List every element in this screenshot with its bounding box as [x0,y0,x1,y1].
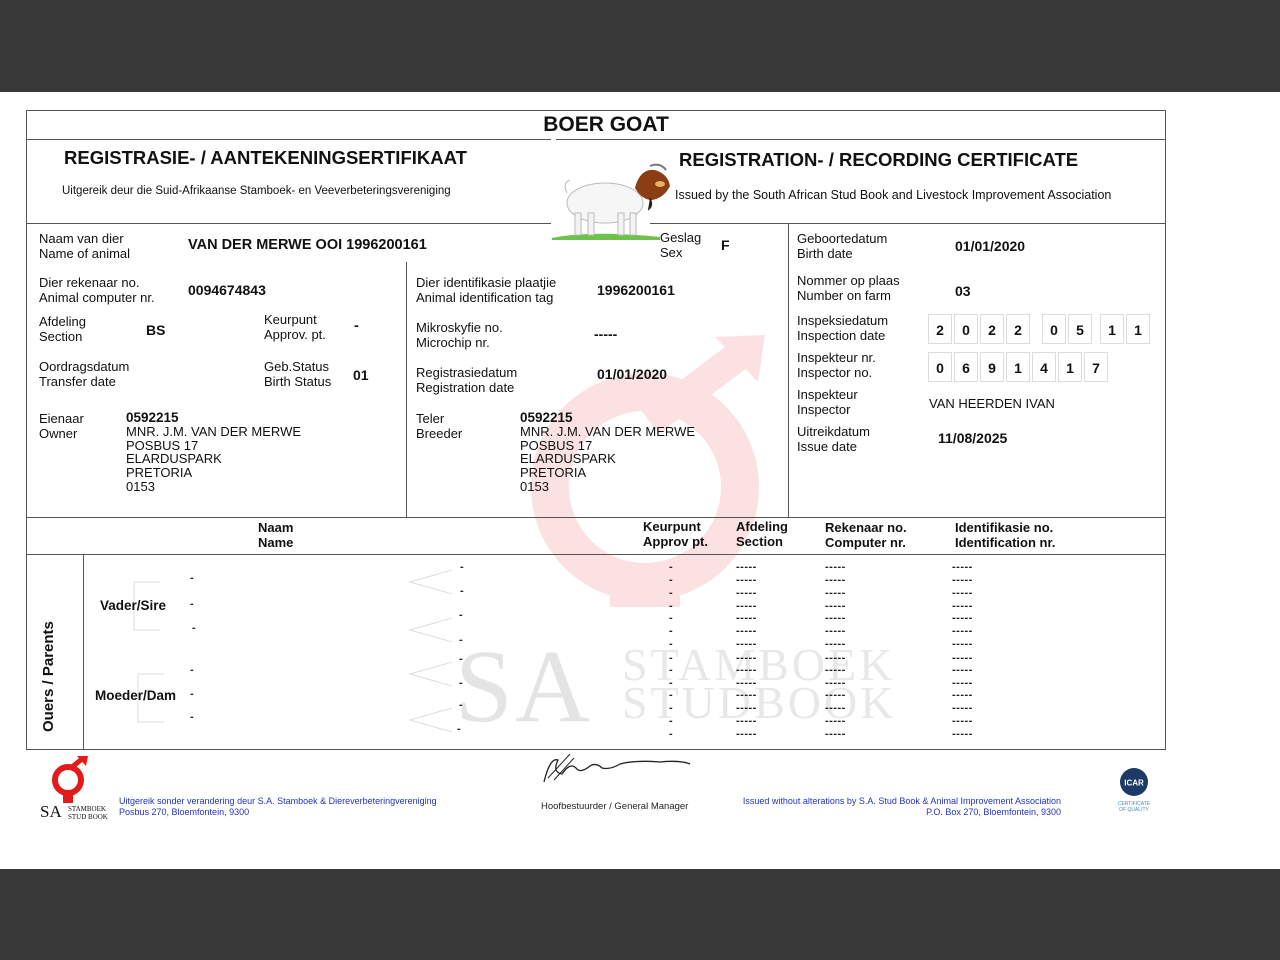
digit-box: 1 [1100,314,1124,344]
id-tag-value: 1996200161 [597,282,675,298]
digit-box: 2 [980,314,1004,344]
registration-date-value: 01/01/2020 [597,366,667,382]
icar-badge-icon: ICAR [1119,767,1149,797]
logo-sa-text: SA [40,802,62,822]
inspector-no-boxes: 0 6 9 1 4 1 7 [928,352,1110,382]
header-section: AfdelingSection [736,519,788,549]
pedigree-cell-section: ----- [736,600,757,612]
pedigree-cell-ident: ----- [952,652,973,664]
pedigree-cell-ident: ----- [952,625,973,637]
digit-box: 4 [1032,352,1056,382]
pedigree-cell-computer: ----- [825,728,846,740]
parents-side-label: Ouers / Parents [40,621,57,732]
pedigree-cell-approv: - [669,728,673,740]
section-value: BS [146,322,165,338]
pedigree-cell-ident: ----- [952,715,973,727]
pedigree-cell-computer: ----- [825,715,846,727]
pedigree-cell-approv: - [669,612,673,624]
pedigree-cell-computer: ----- [825,625,846,637]
pedigree-cell-ident: ----- [952,638,973,650]
great-grandparent: - [459,699,463,711]
pedigree-cell-approv: - [669,625,673,637]
pedigree-cell-section: ----- [736,561,757,573]
footer-af-text: Uitgereik sonder verandering deur S.A. S… [119,796,437,818]
birth-date-value: 01/01/2020 [955,238,1025,254]
computer-nr-label: Dier rekenaar no.Animal computer nr. [39,275,155,305]
owner-label: EienaarOwner [39,411,84,441]
great-grandparent: - [460,561,464,573]
owner-code: 0592215 [126,410,179,425]
header-computer: Rekenaar no.Computer nr. [825,520,907,550]
digit-box: 2 [928,314,952,344]
pedigree-cell-computer: ----- [825,612,846,624]
grandparent: - [192,622,196,634]
grandparent: - [190,572,194,584]
title-afrikaans: REGISTRASIE- / AANTEKENINGSERTIFIKAAT [64,147,467,169]
pedigree-cell-approv: - [669,561,673,573]
pedigree-cell-ident: ----- [952,612,973,624]
title-english: REGISTRATION- / RECORDING CERTIFICATE [679,149,1078,171]
pedigree-cell-computer: ----- [825,587,846,599]
pedigree-brackets [120,562,460,742]
pedigree-cell-section: ----- [736,715,757,727]
digit-box: 0 [954,314,978,344]
sex-label: GeslagSex [660,230,701,260]
pedigree-cell-computer: ----- [825,702,846,714]
subtitle-afrikaans: Uitgereik deur die Suid-Afrikaanse Stamb… [62,185,451,197]
pedigree-cell-computer: ----- [825,561,846,573]
great-grandparent: - [460,585,464,597]
sire-name: - [190,598,194,610]
pedigree-cell-section: ----- [736,638,757,650]
farm-number-label: Nommer op plaasNumber on farm [797,273,900,303]
pedigree-cell-computer: ----- [825,664,846,676]
great-grandparent: - [457,723,461,735]
great-grandparent: - [459,677,463,689]
pedigree-cell-computer: ----- [825,652,846,664]
pedigree-cell-computer: ----- [825,638,846,650]
breed-title: BOER GOAT [0,113,1212,137]
issue-date-value: 11/08/2025 [938,430,1007,446]
great-grandparent: - [459,653,463,665]
pedigree-cell-ident: ----- [952,702,973,714]
pedigree-cell-computer: ----- [825,689,846,701]
approv-pt-label: KeurpuntApprov. pt. [264,312,326,342]
breeder-label: TelerBreeder [416,411,462,441]
computer-nr-value: 0094674843 [188,282,266,298]
pedigree-cell-ident: ----- [952,574,973,586]
boer-goat-illustration-icon [550,158,680,240]
digit-box: 5 [1068,314,1092,344]
breeder-address: 0592215 MNR. J.M. VAN DER MERWE POSBUS 1… [520,411,695,494]
breeder-code: 0592215 [520,410,573,425]
pedigree-cell-section: ----- [736,652,757,664]
animal-name-value: VAN DER MERWE OOI 1996200161 [188,237,427,253]
birth-status-label: Geb.StatusBirth Status [264,359,331,389]
digit-box: 1 [1006,352,1030,382]
pedigree-cell-approv: - [669,664,673,676]
birth-date-label: GeboortedatumBirth date [797,231,887,261]
owner-address: 0592215 MNR. J.M. VAN DER MERWE POSBUS 1… [126,411,301,494]
svg-text:ICAR: ICAR [1124,779,1144,788]
pedigree-cell-computer: ----- [825,600,846,612]
sex-value: F [721,237,730,253]
sa-studbook-logo-icon [48,756,92,806]
digit-box: 1 [1126,314,1150,344]
microchip-label: Mikroskyfie no.Microchip nr. [416,320,503,350]
logo-subtext: STAMBOEKSTUD BOOK [68,805,108,821]
pedigree-cell-approv: - [669,677,673,689]
pedigree-cell-computer: ----- [825,574,846,586]
pedigree-cell-section: ----- [736,664,757,676]
icar-caption: CERTIFICATE OF QUALITY [1114,801,1154,813]
pedigree-cell-computer: ----- [825,677,846,689]
id-tag-label: Dier identifikasie plaatjieAnimal identi… [416,275,556,305]
pedigree-cell-ident: ----- [952,587,973,599]
digit-box: 9 [980,352,1004,382]
birth-status-value: 01 [353,367,369,383]
great-grandparent: - [459,609,463,621]
pedigree-cell-section: ----- [736,625,757,637]
pedigree-cell-ident: ----- [952,728,973,740]
pedigree-cell-approv: - [669,574,673,586]
issue-date-label: UitreikdatumIssue date [797,424,870,454]
pedigree-cell-section: ----- [736,689,757,701]
digit-box: 0 [928,352,952,382]
pedigree-cell-section: ----- [736,677,757,689]
pedigree-cell-approv: - [669,702,673,714]
pedigree-cell-section: ----- [736,728,757,740]
pedigree-cell-approv: - [669,715,673,727]
signature-caption: Hoofbestuurder / General Manager [541,801,688,812]
signature-icon [540,752,700,788]
dam-label: Moeder/Dam [95,688,176,703]
header-approv: KeurpuntApprov pt. [643,519,708,549]
grandparent: - [190,711,194,723]
header-name: NaamName [258,520,293,550]
section-label: AfdelingSection [39,314,86,344]
pedigree-cell-approv: - [669,652,673,664]
digit-box: 2 [1006,314,1030,344]
digit-box: 6 [954,352,978,382]
header-identification: Identifikasie no.Identification nr. [955,520,1055,550]
pedigree-cell-section: ----- [736,702,757,714]
pedigree-cell-ident: ----- [952,561,973,573]
great-grandparent: - [459,634,463,646]
pedigree-cell-approv: - [669,638,673,650]
footer-en-text: Issued without alterations by S.A. Stud … [738,796,1061,818]
pedigree-cell-ident: ----- [952,677,973,689]
digit-box: 0 [1042,314,1066,344]
pedigree-cell-ident: ----- [952,600,973,612]
inspection-date-label: InspeksiedatumInspection date [797,313,888,343]
pedigree-cell-approv: - [669,689,673,701]
transfer-date-label: OordragsdatumTransfer date [39,359,129,389]
inspection-date-boxes: 2 0 2 2 0 5 1 1 [928,314,1152,344]
pedigree-cell-ident: ----- [952,664,973,676]
sire-label: Vader/Sire [100,598,166,613]
animal-name-label: Naam van dierName of animal [39,231,130,261]
digit-box: 1 [1058,352,1082,382]
pedigree-cell-section: ----- [736,587,757,599]
farm-number-value: 03 [955,283,971,299]
grandparent: - [190,664,194,676]
pedigree-cell-approv: - [669,587,673,599]
pedigree-cell-section: ----- [736,574,757,586]
pedigree-cell-ident: ----- [952,689,973,701]
certificate-page: SA STAMBOEK STUDBOOK BOER GOAT REGISTRAS… [0,92,1280,869]
pedigree-cell-section: ----- [736,612,757,624]
approv-pt-value: - [354,317,359,333]
pedigree-cell-approv: - [669,600,673,612]
registration-date-label: RegistrasiedatumRegistration date [416,365,517,395]
digit-box: 7 [1084,352,1108,382]
inspector-value: VAN HEERDEN IVAN [929,396,1055,411]
inspector-no-label: Inspekteur nr.Inspector no. [797,350,876,380]
subtitle-english: Issued by the South African Stud Book an… [675,188,1111,202]
microchip-value: ----- [594,326,617,342]
dam-name: - [190,688,194,700]
inspector-label: InspekteurInspector [797,387,858,417]
